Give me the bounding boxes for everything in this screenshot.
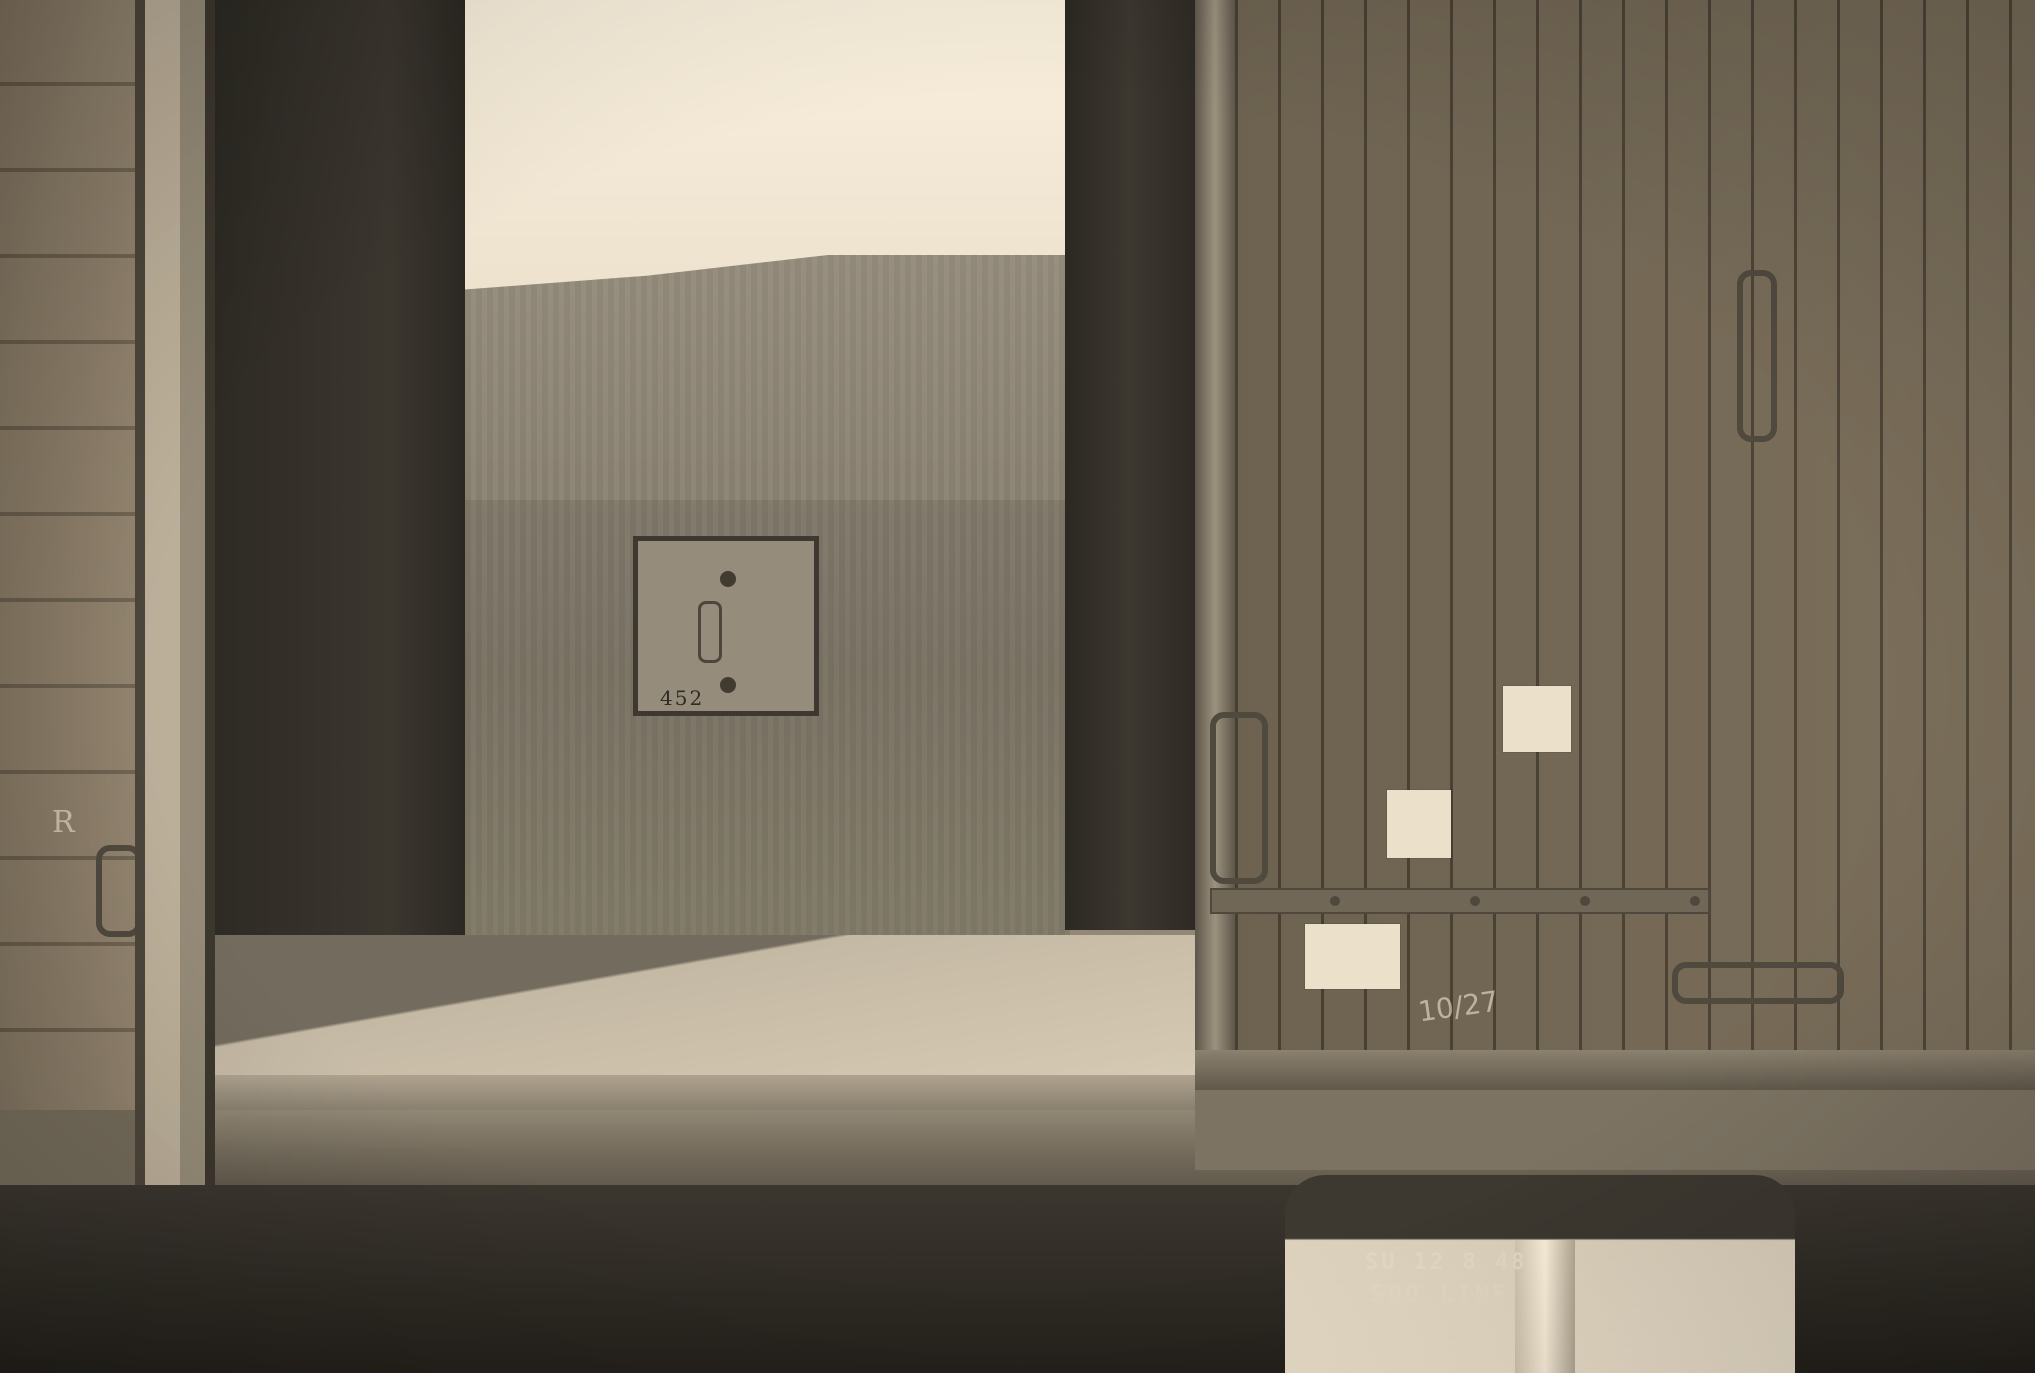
tank-stencil-line2: SOO LINE: [1370, 1280, 1510, 1308]
door-bottom-rail: [1195, 1050, 2035, 1090]
boxcar-floor: [215, 935, 1195, 1075]
numbered-plate: 452: [633, 536, 819, 716]
rivet-icon: [1330, 896, 1340, 906]
interior-right-shadow: [1065, 0, 1195, 930]
interior-left-shadow: [215, 0, 465, 950]
left-door-post: [135, 0, 215, 1300]
paper-note: [1305, 924, 1400, 989]
left-car-wall: [0, 0, 135, 1110]
plate-number: 452: [660, 686, 704, 710]
rivet-icon: [1470, 896, 1480, 906]
door-latch-icon: [1210, 712, 1268, 884]
left-car-letter: R: [52, 805, 75, 840]
bolt-icon: [720, 571, 736, 587]
rivet-icon: [1690, 896, 1700, 906]
door-track: [1195, 1090, 2035, 1170]
door-handle-icon: [1737, 270, 1777, 442]
bolt-icon: [720, 677, 736, 693]
photograph: R 452 10/27 SU 12 8 48 SOO LINE: [0, 0, 2035, 1373]
rivet-icon: [1580, 896, 1590, 906]
lower-handle-icon: [1672, 962, 1844, 1004]
paper-note: [1387, 790, 1451, 858]
paper-note: [1503, 686, 1571, 752]
sky: [465, 0, 1065, 290]
tank-stencil-line1: SU 12 8 48: [1365, 1250, 1527, 1275]
iron-strap: [1210, 888, 1710, 914]
hasp-icon: [698, 601, 722, 663]
floor-edge: [215, 1075, 1195, 1110]
